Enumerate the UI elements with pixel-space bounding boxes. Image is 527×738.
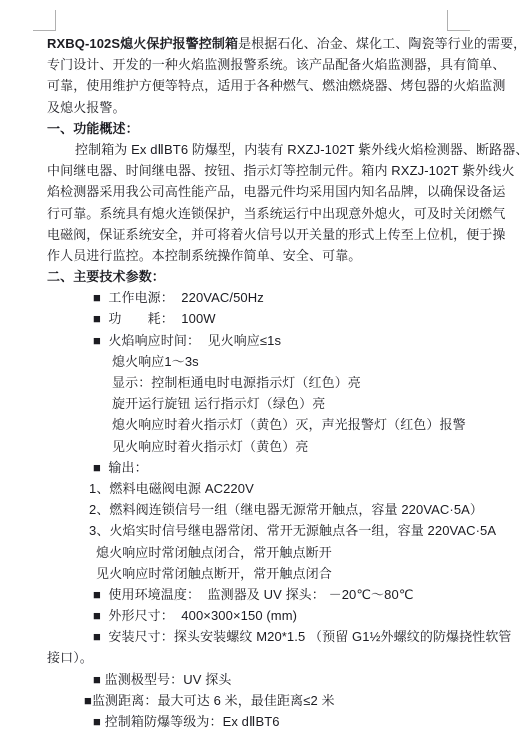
text-segment: ■监测距离：最大可达 6 米，最佳距离≤2 米 xyxy=(84,693,335,708)
spec-power-consumption: ■ 功 耗： 100W xyxy=(47,308,480,329)
text-segment: 及熄火报警。 xyxy=(47,100,126,115)
text-segment: 显示：控制柜通电时电源指示灯（红色）亮 xyxy=(112,375,361,390)
text-boundary-mark-top-right xyxy=(447,10,470,31)
spec-explosion-proof-rating: ■ 控制箱防爆等级为：Ex dⅡBT6 xyxy=(47,711,480,732)
intro-line: 可靠，使用维护方便等特点，适用于各种燃气、燃油燃烧器、烤包器的火焰监测 xyxy=(47,75,480,96)
spec-response-time-cont: 熄火响应1～3s xyxy=(47,351,480,372)
text-segment: ■ 使用环境温度： 监测器及 UV 探头： －20℃～80℃ xyxy=(93,587,414,602)
text-segment: 焰检测器采用我公司高性能产品，电器元件均采用国内知名品牌，以确保设备运 xyxy=(47,184,506,199)
intro-line: 专门设计、开发的一种火焰监测报警系统。该产品配备火焰监测器，具有简单、 xyxy=(47,54,480,75)
section-2-heading: 二、主要技术参数： xyxy=(47,266,480,287)
text-segment: 行可靠。系统具有熄火连锁保护，当系统运行中出现意外熄火，可及时关闭燃气 xyxy=(47,206,506,221)
spec-display-line: 旋开运行旋钮 运行指示灯（绿色）亮 xyxy=(47,393,480,414)
text-segment: ■ 工作电源： 220VAC/50Hz xyxy=(93,290,264,305)
spec-mounting: ■ 安装尺寸：探头安装螺纹 M20*1.5 （预留 G1½外螺纹的防爆挠性软管 xyxy=(47,626,480,647)
text-segment: 见火响应时着火指示灯（黄色）亮 xyxy=(112,439,309,454)
text-segment: ■ 控制箱防爆等级为：Ex dⅡBT6 xyxy=(93,714,280,729)
bold-text-segment: RXBQ-102S熄火保护报警控制箱 xyxy=(47,36,238,51)
spec-response-time: ■ 火焰响应时间： 见火响应≤1s xyxy=(47,330,480,351)
text-segment: 2、燃料阀连锁信号一组（继电器无源常开触点，容量 220VAC·5A） xyxy=(89,502,483,517)
text-segment: 旋开运行旋钮 运行指示灯（绿色）亮 xyxy=(112,396,325,411)
document-body: RXBQ-102S熄火保护报警控制箱是根据石化、冶金、煤化工、陶瓷等行业的需要，… xyxy=(47,33,480,732)
intro-line: RXBQ-102S熄火保护报警控制箱是根据石化、冶金、煤化工、陶瓷等行业的需要， xyxy=(47,33,480,54)
text-segment: 见火响应时常闭触点断开，常开触点闭合 xyxy=(96,566,332,581)
text-segment: 可靠，使用维护方便等特点，适用于各种燃气、燃油燃烧器、烤包器的火焰监测 xyxy=(47,78,506,93)
overview-line: 焰检测器采用我公司高性能产品，电器元件均采用国内知名品牌，以确保设备运 xyxy=(47,181,480,202)
text-boundary-mark-top-left xyxy=(33,10,56,31)
spec-output-item: 2、燃料阀连锁信号一组（继电器无源常开触点，容量 220VAC·5A） xyxy=(47,499,480,520)
spec-display-line: 显示：控制柜通电时电源指示灯（红色）亮 xyxy=(47,372,480,393)
overview-line: 作人员进行监控。本控制系统操作简单、安全、可靠。 xyxy=(47,245,480,266)
text-segment: 是根据石化、冶金、煤化工、陶瓷等行业的需要， xyxy=(238,36,526,51)
spec-output-item: 3、火焰实时信号继电器常闭、常开无源触点各一组，容量 220VAC·5A xyxy=(47,520,480,541)
text-segment: 1、燃料电磁阀电源 AC220V xyxy=(89,481,254,496)
section-1-heading: 一、功能概述： xyxy=(47,118,480,139)
document-page: RXBQ-102S熄火保护报警控制箱是根据石化、冶金、煤化工、陶瓷等行业的需要，… xyxy=(0,0,527,738)
overview-line: 行可靠。系统具有熄火连锁保护，当系统运行中出现意外熄火，可及时关闭燃气 xyxy=(47,203,480,224)
overview-line: 电磁阀，保证系统安全，并可将着火信号以开关量的形式上传至上位机，便于操 xyxy=(47,224,480,245)
text-segment: ■ 外形尺寸： 400×300×150 (mm) xyxy=(93,608,297,623)
text-segment: 熄火响应1～3s xyxy=(112,354,199,369)
text-segment: ■ 功 耗： 100W xyxy=(93,311,216,326)
text-segment: 一、功能概述： xyxy=(47,121,139,136)
text-segment: 作人员进行监控。本控制系统操作简单、安全、可靠。 xyxy=(47,248,361,263)
text-segment: ■ 火焰响应时间： 见火响应≤1s xyxy=(93,333,281,348)
text-segment: 电磁阀，保证系统安全，并可将着火信号以开关量的形式上传至上位机，便于操 xyxy=(47,227,506,242)
spec-output-detail: 见火响应时常闭触点断开，常开触点闭合 xyxy=(47,563,480,584)
spec-probe-model: ■ 监测极型号：UV 探头 xyxy=(47,669,480,690)
spec-output-item: 1、燃料电磁阀电源 AC220V xyxy=(47,478,480,499)
spec-dimensions: ■ 外形尺寸： 400×300×150 (mm) xyxy=(47,605,480,626)
text-segment: 专门设计、开发的一种火焰监测报警系统。该产品配备火焰监测器，具有简单、 xyxy=(47,57,506,72)
spec-output-detail: 熄火响应时常闭触点闭合，常开触点断开 xyxy=(47,542,480,563)
text-segment: 3、火焰实时信号继电器常闭、常开无源触点各一组，容量 220VAC·5A xyxy=(89,523,496,538)
spec-ambient-temperature: ■ 使用环境温度： 监测器及 UV 探头： －20℃～80℃ xyxy=(47,584,480,605)
spec-detection-distance: ■监测距离：最大可达 6 米，最佳距离≤2 米 xyxy=(47,690,480,711)
text-segment: 熄火响应时常闭触点闭合，常开触点断开 xyxy=(96,545,332,560)
overview-line: 中间继电器、时间继电器、按钮、指示灯等控制元件。箱内 RXZJ-102T 紫外线… xyxy=(47,160,480,181)
spec-mounting-cont: 接口）。 xyxy=(47,647,480,668)
overview-line: 控制箱为 Ex dⅡBT6 防爆型，内装有 RXZJ-102T 紫外线火焰检测器… xyxy=(47,139,480,160)
spec-display-line: 熄火响应时着火指示灯（黄色）灭，声光报警灯（红色）报警 xyxy=(47,414,480,435)
text-segment: 二、主要技术参数： xyxy=(47,269,165,284)
text-segment: 中间继电器、时间继电器、按钮、指示灯等控制元件。箱内 RXZJ-102T 紫外线… xyxy=(47,163,515,178)
text-segment: ■ 监测极型号：UV 探头 xyxy=(93,672,231,687)
text-segment: ■ 安装尺寸：探头安装螺纹 M20*1.5 （预留 G1½外螺纹的防爆挠性软管 xyxy=(93,629,512,644)
spec-display-line: 见火响应时着火指示灯（黄色）亮 xyxy=(47,436,480,457)
text-segment: 接口）。 xyxy=(47,650,93,665)
spec-power-supply: ■ 工作电源： 220VAC/50Hz xyxy=(47,287,480,308)
text-segment: 控制箱为 Ex dⅡBT6 防爆型，内装有 RXZJ-102T 紫外线火焰检测器… xyxy=(75,142,527,157)
text-segment: 熄火响应时着火指示灯（黄色）灭，声光报警灯（红色）报警 xyxy=(112,417,466,432)
spec-output-heading: ■ 输出： xyxy=(47,457,480,478)
intro-line: 及熄火报警。 xyxy=(47,97,480,118)
text-segment: ■ 输出： xyxy=(93,460,148,475)
